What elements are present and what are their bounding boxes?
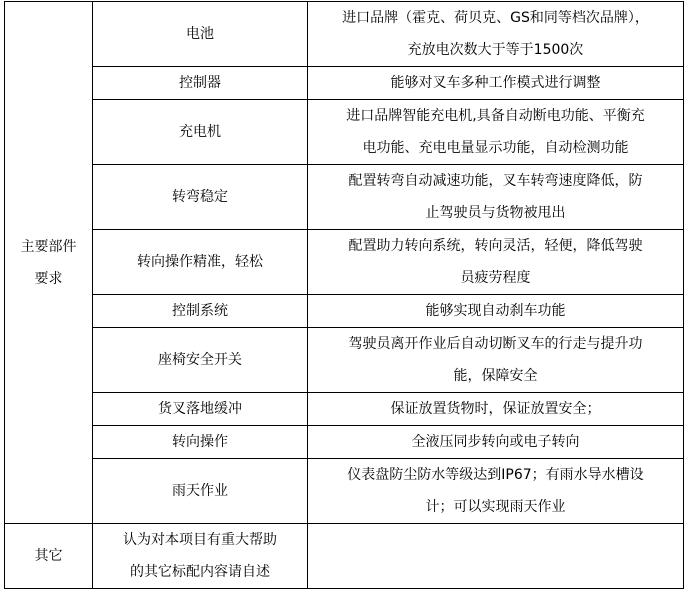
requirement-cell: 仪表盘防尘防水等级达到IP67；有雨水导水槽设 计；可以实现雨天作业 [308,459,684,524]
table-row: 座椅安全开关 驾驶员离开作业后自动切断叉车的行走与提升功 能，保障安全 [5,328,684,393]
component-cell: 充电机 [93,100,308,165]
component-cell: 电池 [93,2,308,67]
requirement-line: 员疲劳程度 [313,262,678,294]
group-label-other: 其它 [5,524,93,589]
requirement-cell: 能够实现自动刹车功能 [308,295,684,328]
table-row: 转弯稳定 配置转弯自动减速功能，叉车转弯速度降低，防 止驾驶员与货物被甩出 [5,165,684,230]
component-cell: 货叉落地缓冲 [93,393,308,426]
group-label-line: 要求 [10,263,87,295]
requirement-cell: 配置转弯自动减速功能，叉车转弯速度降低，防 止驾驶员与货物被甩出 [308,165,684,230]
group-label-main: 主要部件 要求 [5,2,93,524]
requirement-line: 仪表盘防尘防水等级达到IP67；有雨水导水槽设 [313,459,678,491]
requirement-line: 配置转弯自动减速功能，叉车转弯速度降低，防 [313,165,678,197]
requirement-line: 电功能、充电电量显示功能，自动检测功能 [313,132,678,164]
requirement-line: 进口品牌（霍克、荷贝克、GS和同等档次品牌）， [313,2,678,34]
table-row: 雨天作业 仪表盘防尘防水等级达到IP67；有雨水导水槽设 计；可以实现雨天作业 [5,459,684,524]
component-cell: 转弯稳定 [93,165,308,230]
component-cell: 转向操作 [93,426,308,459]
table-row: 转向操作精准，轻松 配置助力转向系统，转向灵活，轻便，降低驾驶 员疲劳程度 [5,230,684,295]
requirement-line: 止驾驶员与货物被甩出 [313,197,678,229]
component-cell: 认为对本项目有重大帮助 的其它标配内容请自述 [93,524,308,589]
requirement-cell: 配置助力转向系统，转向灵活，轻便，降低驾驶 员疲劳程度 [308,230,684,295]
requirement-cell: 保证放置货物时，保证放置安全； [308,393,684,426]
table-row: 控制系统 能够实现自动刹车功能 [5,295,684,328]
table-row: 控制器 能够对叉车多种工作模式进行调整 [5,67,684,100]
requirement-cell-empty[interactable] [308,524,684,589]
requirement-line: 配置助力转向系统，转向灵活，轻便，降低驾驶 [313,230,678,262]
component-cell: 雨天作业 [93,459,308,524]
requirement-line: 能，保障安全 [313,360,678,392]
requirements-table: 主要部件 要求 电池 进口品牌（霍克、荷贝克、GS和同等档次品牌）， 充放电次数… [4,1,684,589]
table-row: 其它 认为对本项目有重大帮助 的其它标配内容请自述 [5,524,684,589]
component-cell: 座椅安全开关 [93,328,308,393]
requirement-cell: 进口品牌（霍克、荷贝克、GS和同等档次品牌）， 充放电次数大于等于1500次 [308,2,684,67]
component-line: 认为对本项目有重大帮助 [98,524,302,556]
component-cell: 控制器 [93,67,308,100]
table-row: 货叉落地缓冲 保证放置货物时，保证放置安全； [5,393,684,426]
component-cell: 控制系统 [93,295,308,328]
requirement-cell: 全液压同步转向或电子转向 [308,426,684,459]
requirement-line: 驾驶员离开作业后自动切断叉车的行走与提升功 [313,328,678,360]
table-row: 转向操作 全液压同步转向或电子转向 [5,426,684,459]
table-row: 主要部件 要求 电池 进口品牌（霍克、荷贝克、GS和同等档次品牌）， 充放电次数… [5,2,684,67]
requirement-line: 计；可以实现雨天作业 [313,491,678,523]
group-label-line: 主要部件 [10,231,87,263]
component-line: 的其它标配内容请自述 [98,556,302,588]
requirement-line: 进口品牌智能充电机,具备自动断电功能、平衡充 [313,100,678,132]
requirement-cell: 进口品牌智能充电机,具备自动断电功能、平衡充 电功能、充电电量显示功能，自动检测… [308,100,684,165]
requirement-cell: 驾驶员离开作业后自动切断叉车的行走与提升功 能，保障安全 [308,328,684,393]
table-row: 充电机 进口品牌智能充电机,具备自动断电功能、平衡充 电功能、充电电量显示功能，… [5,100,684,165]
component-cell: 转向操作精准，轻松 [93,230,308,295]
requirement-line: 充放电次数大于等于1500次 [313,34,678,66]
requirement-cell: 能够对叉车多种工作模式进行调整 [308,67,684,100]
